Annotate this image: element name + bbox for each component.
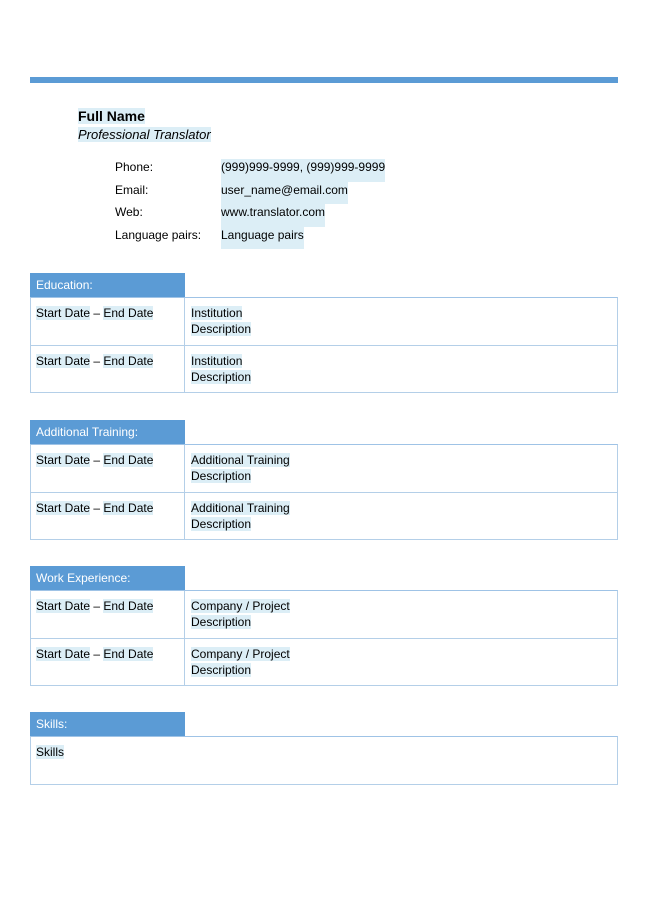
entry-details: Company / ProjectDescription — [185, 639, 617, 685]
entry-details: Additional TrainingDescription — [185, 445, 617, 492]
education-section: Education: Start Date – End Date Institu… — [30, 273, 618, 393]
text-field: Additional Training — [191, 453, 290, 467]
contact-label: Language pairs: — [115, 227, 221, 250]
text-field: Skills — [36, 745, 64, 759]
text-field: Start Date — [36, 647, 90, 661]
date-range: Start Date – End Date — [31, 493, 185, 539]
text-field: End Date — [103, 453, 153, 467]
text-field: Start Date — [36, 453, 90, 467]
text-field: Institution — [191, 306, 242, 320]
date-range: Start Date – End Date — [31, 298, 185, 345]
text-field: Description — [191, 322, 251, 336]
table-row: Start Date – End Date InstitutionDescrip… — [31, 298, 617, 345]
text-field: Full Name — [78, 108, 145, 124]
contact-label: Phone: — [115, 159, 221, 182]
text-field: Description — [191, 615, 251, 629]
contact-email: Email: user_name@email.com — [115, 182, 385, 205]
text-field: Start Date — [36, 599, 90, 613]
header-accent-bar — [30, 77, 618, 83]
contact-value: Language pairs — [221, 227, 304, 250]
table-row: Start Date – End Date Company / ProjectD… — [31, 591, 617, 638]
section-heading: Additional Training: — [30, 420, 185, 444]
table-row: Start Date – End Date Additional Trainin… — [31, 445, 617, 492]
contact-value: www.translator.com — [221, 204, 325, 227]
text-field: Description — [191, 663, 251, 677]
entry-details: InstitutionDescription — [185, 298, 617, 345]
text-field: Institution — [191, 354, 242, 368]
date-range: Start Date – End Date — [31, 591, 185, 638]
table-row: Start Date – End Date InstitutionDescrip… — [31, 345, 617, 392]
date-range: Start Date – End Date — [31, 639, 185, 685]
text-field: End Date — [103, 306, 153, 320]
text-field: – — [90, 501, 103, 515]
contact-language-pairs: Language pairs: Language pairs — [115, 227, 385, 250]
text-field: – — [90, 647, 103, 661]
text-field: Description — [191, 469, 251, 483]
contact-label: Web: — [115, 204, 221, 227]
contact-block: Phone: (999)999-9999, (999)999-9999 Emai… — [115, 159, 385, 249]
contact-label: Email: — [115, 182, 221, 205]
date-range: Start Date – End Date — [31, 346, 185, 392]
table-row: Start Date – End Date Company / ProjectD… — [31, 638, 617, 685]
section-heading: Education: — [30, 273, 185, 297]
entry-details: InstitutionDescription — [185, 346, 617, 392]
skills-table: Skills — [30, 736, 618, 785]
section-heading: Work Experience: — [30, 566, 185, 590]
text-field: Company / Project — [191, 647, 290, 661]
text-field: End Date — [103, 647, 153, 661]
education-table: Start Date – End Date InstitutionDescrip… — [30, 297, 618, 393]
work-experience-section: Work Experience: Start Date – End Date C… — [30, 566, 618, 686]
text-field: Professional Translator — [78, 127, 211, 142]
text-field: Additional Training — [191, 501, 290, 515]
professional-title: Professional Translator — [78, 127, 211, 143]
contact-value: (999)999-9999, (999)999-9999 — [221, 159, 385, 182]
text-field: End Date — [103, 501, 153, 515]
text-field: – — [90, 354, 103, 368]
text-field: – — [90, 599, 103, 613]
entry-details: Additional TrainingDescription — [185, 493, 617, 539]
full-name: Full Name — [78, 107, 145, 125]
contact-phone: Phone: (999)999-9999, (999)999-9999 — [115, 159, 385, 182]
text-field: Description — [191, 517, 251, 531]
text-field: End Date — [103, 599, 153, 613]
text-field: Company / Project — [191, 599, 290, 613]
contact-value: user_name@email.com — [221, 182, 348, 205]
skills-section: Skills: Skills — [30, 712, 618, 785]
work-table: Start Date – End Date Company / ProjectD… — [30, 590, 618, 686]
text-field: Start Date — [36, 501, 90, 515]
text-field: Description — [191, 370, 251, 384]
text-field: Start Date — [36, 354, 90, 368]
section-heading: Skills: — [30, 712, 185, 736]
table-row: Start Date – End Date Additional Trainin… — [31, 492, 617, 539]
text-field: – — [90, 306, 103, 320]
training-section: Additional Training: Start Date – End Da… — [30, 420, 618, 540]
text-field: Start Date — [36, 306, 90, 320]
training-table: Start Date – End Date Additional Trainin… — [30, 444, 618, 540]
text-field: End Date — [103, 354, 153, 368]
entry-details: Company / ProjectDescription — [185, 591, 617, 638]
date-range: Start Date – End Date — [31, 445, 185, 492]
text-field: – — [90, 453, 103, 467]
contact-web: Web: www.translator.com — [115, 204, 385, 227]
skills-content: Skills — [31, 737, 617, 784]
